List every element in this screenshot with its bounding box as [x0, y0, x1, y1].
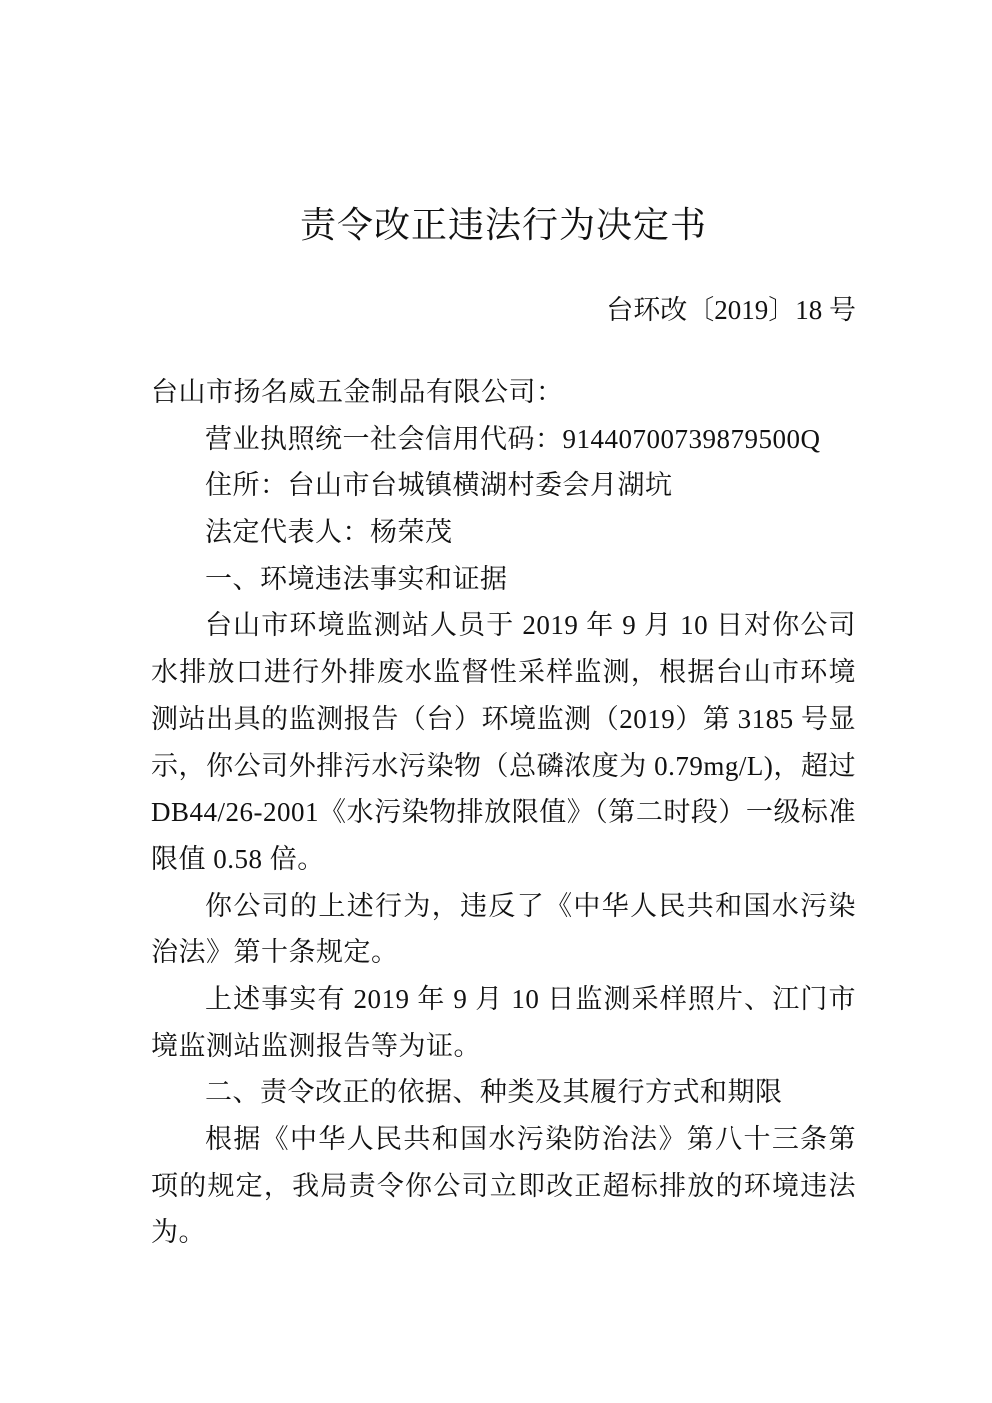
section-2-heading-line: 二、责令改正的依据、种类及其履行方式和期限 [151, 1069, 856, 1116]
order-paragraph-line: 根据《中华人民共和国水污染防治法》第八十三条第二 [151, 1116, 856, 1163]
order-paragraph-line: 项的规定，我局责令你公司立即改正超标排放的环境违法行 [151, 1163, 856, 1210]
address-line: 住所：台山市台城镇横湖村委会月湖坑 [151, 462, 856, 509]
facts-paragraph-line: 示，你公司外排污水污染物（总磷浓度为 0.79mg/L)，超过 [151, 743, 856, 790]
addressee-line: 台山市扬名威五金制品有限公司： [151, 369, 856, 416]
violation-paragraph-line: 你公司的上述行为，违反了《中华人民共和国水污染防 [151, 883, 856, 930]
facts-paragraph-line: 台山市环境监测站人员于 2019 年 9 月 10 日对你公司废 [151, 602, 856, 649]
facts-paragraph-line: 测站出具的监测报告（台）环境监测（2019）第 3185 号显 [151, 696, 856, 743]
legal-representative-line: 法定代表人：杨荣茂 [151, 509, 856, 556]
facts-paragraph-line: DB44/26-2001《水污染物排放限值》（第二时段）一级标准 [151, 789, 856, 836]
order-paragraph-line: 为。 [151, 1209, 856, 1256]
document-number: 台环改〔2019〕18 号 [151, 295, 856, 325]
evidence-paragraph-line: 上述事实有 2019 年 9 月 10 日监测采样照片、江门市环 [151, 976, 856, 1023]
document-page: 责令改正违法行为决定书 台环改〔2019〕18 号 台山市扬名威五金制品有限公司… [0, 0, 992, 1403]
facts-paragraph-line: 水排放口进行外排废水监督性采样监测，根据台山市环境监 [151, 649, 856, 696]
document-body: 台山市扬名威五金制品有限公司：营业执照统一社会信用代码：914407007398… [151, 369, 856, 1256]
credit-code-line: 营业执照统一社会信用代码：91440700739879500Q [151, 416, 856, 463]
document-title: 责令改正违法行为决定书 [151, 203, 856, 247]
violation-paragraph-line: 治法》第十条规定。 [151, 929, 856, 976]
section-1-heading-line: 一、环境违法事实和证据 [151, 556, 856, 603]
evidence-paragraph-line: 境监测站监测报告等为证。 [151, 1023, 856, 1070]
facts-paragraph-line: 限值 0.58 倍。 [151, 836, 856, 883]
